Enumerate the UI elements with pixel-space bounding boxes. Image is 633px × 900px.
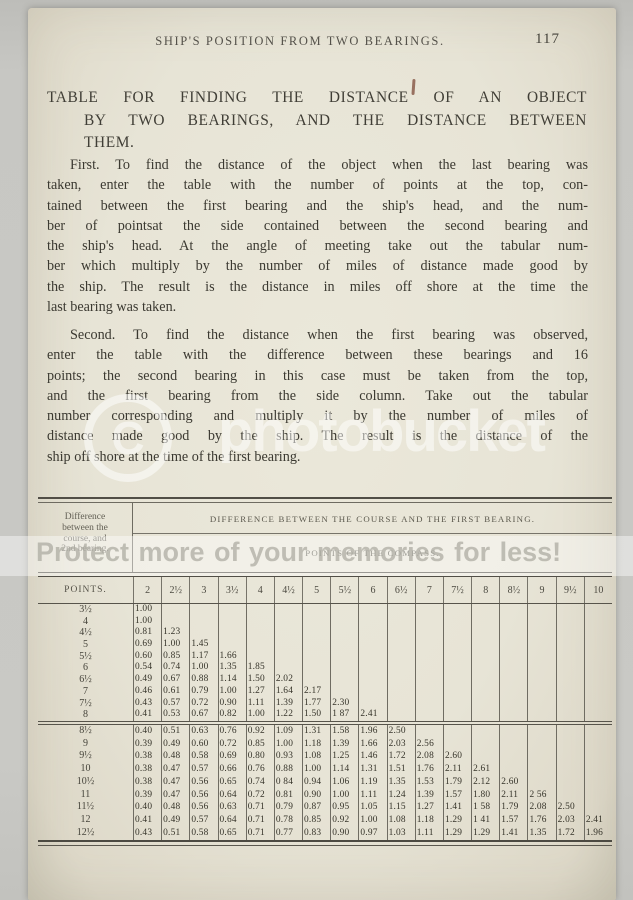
table-cell: 0.92 bbox=[330, 814, 358, 827]
table-cell: 0.65 bbox=[218, 776, 246, 789]
table-cell: 0.66 bbox=[218, 763, 246, 776]
watermark-tagline: Protect more of your memories for less! bbox=[36, 537, 561, 568]
table-cell: 0.90 bbox=[330, 827, 358, 840]
table-cell: 1.39 bbox=[274, 698, 302, 710]
table-cell bbox=[527, 709, 555, 721]
table-cell: 0.40 bbox=[133, 725, 161, 738]
table-cell: 0.38 bbox=[133, 763, 161, 776]
column-header: 4½ bbox=[274, 577, 302, 603]
table-cell bbox=[584, 801, 612, 814]
table-cell: 0.63 bbox=[189, 725, 217, 738]
table-cell bbox=[302, 627, 330, 639]
table-cell bbox=[415, 604, 443, 616]
table-cell bbox=[556, 674, 584, 686]
table-cell: 0.88 bbox=[189, 674, 217, 686]
table-cell: 1.29 bbox=[471, 827, 499, 840]
table-cell: 0.69 bbox=[133, 639, 161, 651]
table-body-upper: 3½1.0041.004½0.811.2350.691.001.455½0.60… bbox=[38, 604, 612, 722]
table-row: 6½0.490.670.881.141.502.02 bbox=[38, 674, 612, 686]
table-cell bbox=[415, 698, 443, 710]
table-row: 120.410.490.570.640.710.780.850.921.001.… bbox=[38, 814, 612, 827]
table-cell bbox=[415, 709, 443, 721]
table-cell bbox=[330, 616, 358, 628]
column-header: 6½ bbox=[387, 577, 415, 603]
table-cell bbox=[527, 750, 555, 763]
table-cell bbox=[471, 604, 499, 616]
column-header: 3 bbox=[189, 577, 217, 603]
table-row: 100.380.470.570.660.760.881.001.141.311.… bbox=[38, 763, 612, 776]
table-cell: 0.41 bbox=[133, 709, 161, 721]
table-cell: 1.00 bbox=[274, 738, 302, 751]
table-cell bbox=[556, 616, 584, 628]
row-label: 10½ bbox=[38, 776, 133, 789]
table-cell: 1.80 bbox=[471, 789, 499, 802]
table-cell: 0.76 bbox=[246, 763, 274, 776]
table-cell: 0.72 bbox=[246, 789, 274, 802]
table-cell bbox=[387, 627, 415, 639]
table-cell: 0.38 bbox=[133, 750, 161, 763]
table-cell: 0.46 bbox=[133, 686, 161, 698]
table-cell bbox=[358, 662, 386, 674]
table-cell bbox=[246, 604, 274, 616]
table-cell: 0.39 bbox=[133, 789, 161, 802]
table-cell: 1.35 bbox=[387, 776, 415, 789]
table-cell bbox=[443, 627, 471, 639]
paragraph-line: enter the table with the difference betw… bbox=[47, 345, 588, 365]
table-cell: 1.96 bbox=[584, 827, 612, 840]
table-cell bbox=[443, 662, 471, 674]
table-cell bbox=[302, 639, 330, 651]
table-row: 41.00 bbox=[38, 616, 612, 628]
table-cell bbox=[499, 750, 527, 763]
table-cell bbox=[471, 616, 499, 628]
table-cell: 0.87 bbox=[302, 801, 330, 814]
table-cell bbox=[527, 698, 555, 710]
table-cell: 1.39 bbox=[330, 738, 358, 751]
table-cell bbox=[527, 674, 555, 686]
table-cell: 2.12 bbox=[471, 776, 499, 789]
table-row: 10½0.380.470.560.650.740 840.941.061.191… bbox=[38, 776, 612, 789]
table-cell: 1.00 bbox=[246, 709, 274, 721]
table-cell: 0.67 bbox=[161, 674, 189, 686]
table-cell: 1.66 bbox=[358, 738, 386, 751]
table-cell bbox=[330, 686, 358, 698]
table-cell: 1.00 bbox=[218, 686, 246, 698]
table-cell: 2 56 bbox=[527, 789, 555, 802]
table-cell bbox=[274, 616, 302, 628]
table-row: 3½1.00 bbox=[38, 604, 612, 616]
table-cell bbox=[527, 763, 555, 776]
table-cell bbox=[499, 674, 527, 686]
table-cell: 1.76 bbox=[415, 763, 443, 776]
table-cell bbox=[415, 651, 443, 663]
table-cell: 0.57 bbox=[189, 814, 217, 827]
table-cell bbox=[274, 639, 302, 651]
table-row: 60.540.741.001.351.85 bbox=[38, 662, 612, 674]
table-cell bbox=[556, 604, 584, 616]
column-header: 2 bbox=[133, 577, 161, 603]
corner-line: Difference bbox=[38, 512, 132, 523]
points-header: POINTS. bbox=[38, 577, 133, 603]
table-cell: 1.41 bbox=[443, 801, 471, 814]
table-cell: 1.06 bbox=[330, 776, 358, 789]
table-cell: 1.31 bbox=[302, 725, 330, 738]
table-cell bbox=[443, 616, 471, 628]
table-cell: 2.17 bbox=[302, 686, 330, 698]
table-cell: 1.79 bbox=[443, 776, 471, 789]
table-cell bbox=[358, 627, 386, 639]
table-cell bbox=[387, 698, 415, 710]
watermark-copyright-icon: C bbox=[84, 394, 172, 482]
table-cell: 0.56 bbox=[189, 776, 217, 789]
running-header: SHIP'S POSITION FROM TWO BEARINGS. bbox=[88, 34, 512, 49]
row-label: 5 bbox=[38, 639, 133, 651]
table-cell: 0.90 bbox=[218, 698, 246, 710]
table-cell: 0.39 bbox=[133, 738, 161, 751]
table-cell bbox=[584, 616, 612, 628]
paragraph-line: taken, enter the table with the number o… bbox=[47, 175, 588, 195]
table-cell: 0.56 bbox=[189, 801, 217, 814]
table-cell bbox=[584, 776, 612, 789]
row-label: 6½ bbox=[38, 674, 133, 686]
table-cell bbox=[499, 698, 527, 710]
table-cell bbox=[499, 763, 527, 776]
table-cell bbox=[387, 639, 415, 651]
table-row: 110.390.470.560.640.720.810.901.001.111.… bbox=[38, 789, 612, 802]
table-cell bbox=[358, 686, 386, 698]
table-cell: 0.85 bbox=[246, 738, 274, 751]
row-label: 7½ bbox=[38, 698, 133, 710]
table-cell: 1.79 bbox=[499, 801, 527, 814]
table-cell bbox=[415, 725, 443, 738]
table-cell bbox=[584, 789, 612, 802]
table-cell: 1.58 bbox=[330, 725, 358, 738]
table-cell: 1.11 bbox=[246, 698, 274, 710]
table-cell bbox=[556, 627, 584, 639]
table-cell bbox=[443, 651, 471, 663]
table-cell bbox=[246, 616, 274, 628]
table-cell bbox=[330, 627, 358, 639]
table-cell bbox=[274, 651, 302, 663]
table-cell bbox=[387, 686, 415, 698]
table-cell: 0.95 bbox=[330, 801, 358, 814]
table-cell bbox=[499, 616, 527, 628]
table-cell: 1 41 bbox=[471, 814, 499, 827]
table-cell bbox=[302, 674, 330, 686]
scanned-photo: SHIP'S POSITION FROM TWO BEARINGS. 117 T… bbox=[0, 0, 633, 900]
table-cell: 2.60 bbox=[499, 776, 527, 789]
table-cell: 0.58 bbox=[189, 827, 217, 840]
column-header: 7½ bbox=[443, 577, 471, 603]
row-label: 12 bbox=[38, 814, 133, 827]
row-label: 6 bbox=[38, 662, 133, 674]
table-cell bbox=[584, 698, 612, 710]
column-header: 9½ bbox=[556, 577, 584, 603]
table-cell bbox=[556, 709, 584, 721]
watermark-copyright-letter: C bbox=[111, 415, 144, 461]
table-cell: 1.72 bbox=[556, 827, 584, 840]
table-cell: 0.80 bbox=[246, 750, 274, 763]
table-row: 7½0.430.570.720.901.111.391.772.30 bbox=[38, 698, 612, 710]
table-cell bbox=[527, 627, 555, 639]
paragraph-line: ber which multiply by the number of mile… bbox=[47, 256, 588, 276]
table-cell: 0.92 bbox=[246, 725, 274, 738]
table-cell: 0.88 bbox=[274, 763, 302, 776]
table-cell: 1.11 bbox=[415, 827, 443, 840]
table-cell bbox=[330, 639, 358, 651]
table-cell bbox=[584, 725, 612, 738]
table-cell: 1.05 bbox=[358, 801, 386, 814]
table-cell bbox=[358, 604, 386, 616]
table-cell: 1.08 bbox=[302, 750, 330, 763]
table-cell: 1.18 bbox=[415, 814, 443, 827]
table-cell bbox=[556, 651, 584, 663]
table-row: 8½0.400.510.630.760.921.091.311.581.962.… bbox=[38, 725, 612, 738]
table-cell bbox=[443, 686, 471, 698]
table-cell bbox=[584, 750, 612, 763]
table-cell bbox=[499, 604, 527, 616]
table-cell bbox=[189, 604, 217, 616]
table-cell: 1.00 bbox=[302, 763, 330, 776]
table-cell bbox=[246, 627, 274, 639]
table-cell: 1.00 bbox=[189, 662, 217, 674]
table-cell bbox=[499, 725, 527, 738]
table-cell bbox=[584, 686, 612, 698]
table-cell bbox=[499, 651, 527, 663]
table-cell bbox=[556, 738, 584, 751]
table-cell bbox=[302, 662, 330, 674]
chapter-title: TABLE FOR FINDING THE DISTANCE OF AN OBJ… bbox=[47, 87, 587, 155]
table-cell: 0.79 bbox=[274, 801, 302, 814]
table-cell bbox=[387, 604, 415, 616]
table-cell bbox=[556, 789, 584, 802]
table-row: 4½0.811.23 bbox=[38, 627, 612, 639]
table-cell bbox=[527, 738, 555, 751]
table-cell: 0.56 bbox=[189, 789, 217, 802]
table-cell: 2.41 bbox=[358, 709, 386, 721]
table-cell: 1.27 bbox=[415, 801, 443, 814]
table-row: 9½0.380.480.580.690.800.931.081.251.461.… bbox=[38, 750, 612, 763]
table-cell: 2.61 bbox=[471, 763, 499, 776]
table-cell: 1.24 bbox=[387, 789, 415, 802]
paragraph-line: points; the second bearing in this case … bbox=[47, 366, 588, 386]
table-cell bbox=[415, 686, 443, 698]
table-cell bbox=[471, 662, 499, 674]
table-cell bbox=[499, 639, 527, 651]
table-cell: 0.48 bbox=[161, 750, 189, 763]
table-cell bbox=[358, 651, 386, 663]
table-cell: 0.72 bbox=[189, 698, 217, 710]
table-cell: 0.78 bbox=[274, 814, 302, 827]
table-cell bbox=[415, 616, 443, 628]
table-cell: 0.49 bbox=[161, 814, 189, 827]
table-cell: 2.02 bbox=[274, 674, 302, 686]
table-cell: 1 58 bbox=[471, 801, 499, 814]
table-cell: 0.49 bbox=[161, 738, 189, 751]
table-cell: 2.08 bbox=[415, 750, 443, 763]
table-cell bbox=[387, 709, 415, 721]
column-header: 5½ bbox=[330, 577, 358, 603]
table-row: 80.410.530.670.821.001.221.501 872.41 bbox=[38, 709, 612, 721]
table-cell: 0.49 bbox=[133, 674, 161, 686]
row-label: 8½ bbox=[38, 725, 133, 738]
table-cell: 1.29 bbox=[443, 814, 471, 827]
paragraph-line: the ship's head. At the angle of meeting… bbox=[47, 236, 588, 256]
table-cell: 1.45 bbox=[189, 639, 217, 651]
table-cell bbox=[584, 627, 612, 639]
table-cell bbox=[499, 709, 527, 721]
table-cell bbox=[499, 686, 527, 698]
table-cell bbox=[471, 709, 499, 721]
table-cell: 1.72 bbox=[387, 750, 415, 763]
table-cell: 1.27 bbox=[246, 686, 274, 698]
table-column-headers: POINTS.22½33½44½55½66½77½88½99½10 bbox=[38, 577, 612, 604]
table-cell bbox=[527, 686, 555, 698]
table-cell bbox=[584, 651, 612, 663]
table-cell bbox=[415, 674, 443, 686]
table-cell bbox=[330, 651, 358, 663]
column-header: 6 bbox=[358, 577, 386, 603]
table-cell: 0.90 bbox=[302, 789, 330, 802]
column-header: 4 bbox=[246, 577, 274, 603]
table-cell bbox=[387, 674, 415, 686]
table-cell bbox=[415, 662, 443, 674]
table-cell: 1.25 bbox=[330, 750, 358, 763]
table-cell bbox=[387, 651, 415, 663]
paragraph-line: Second. To find the distance when the fi… bbox=[47, 325, 588, 345]
table-cell bbox=[358, 698, 386, 710]
table-body-lower: 8½0.400.510.630.760.921.091.311.581.962.… bbox=[38, 724, 612, 842]
table-cell bbox=[556, 763, 584, 776]
table-cell bbox=[443, 725, 471, 738]
table-cell: 0.61 bbox=[161, 686, 189, 698]
table-cell: 0 84 bbox=[274, 776, 302, 789]
table-cell: 0.71 bbox=[246, 827, 274, 840]
table-cell bbox=[471, 738, 499, 751]
table-cell bbox=[415, 627, 443, 639]
table-cell: 1.76 bbox=[527, 814, 555, 827]
table-cell bbox=[499, 627, 527, 639]
table-cell bbox=[302, 651, 330, 663]
row-label: 3½ bbox=[38, 604, 133, 616]
table-cell bbox=[471, 698, 499, 710]
table-cell: 0.47 bbox=[161, 789, 189, 802]
table-cell bbox=[584, 709, 612, 721]
table-cell bbox=[471, 639, 499, 651]
paragraph-line: ber of pointsat the side contained betwe… bbox=[47, 216, 588, 236]
table-cell bbox=[330, 674, 358, 686]
table-cell: 1.46 bbox=[358, 750, 386, 763]
table-cell: 0.60 bbox=[189, 738, 217, 751]
table-cell: 0.72 bbox=[218, 738, 246, 751]
running-header-title: SHIP'S POSITION FROM TWO BEARINGS. bbox=[155, 34, 444, 48]
table-cell: 1.39 bbox=[415, 789, 443, 802]
table-cell: 1.09 bbox=[274, 725, 302, 738]
row-label: 7 bbox=[38, 686, 133, 698]
table-cell: 0.93 bbox=[274, 750, 302, 763]
table-cell bbox=[471, 651, 499, 663]
table-cell: 1.96 bbox=[358, 725, 386, 738]
table-cell: 2.50 bbox=[556, 801, 584, 814]
table-cell bbox=[443, 639, 471, 651]
table-cell bbox=[556, 662, 584, 674]
table-cell: 1.57 bbox=[499, 814, 527, 827]
table-cell bbox=[471, 725, 499, 738]
table-cell: 1.11 bbox=[358, 789, 386, 802]
row-label: 4 bbox=[38, 616, 133, 628]
table-cell bbox=[471, 750, 499, 763]
table-cell bbox=[584, 639, 612, 651]
table-cell bbox=[330, 604, 358, 616]
table-cell bbox=[387, 662, 415, 674]
title-line: TABLE FOR FINDING THE DISTANCE OF AN OBJ… bbox=[47, 87, 587, 110]
paragraph-line: the ship. The result is the distance in … bbox=[47, 277, 588, 297]
table-cell bbox=[302, 616, 330, 628]
table-cell: 1.00 bbox=[133, 616, 161, 628]
table-cell: 0.64 bbox=[218, 814, 246, 827]
paragraph-line: last bearing was taken. bbox=[47, 297, 588, 317]
table-cell: 1.14 bbox=[330, 763, 358, 776]
table-cell bbox=[584, 662, 612, 674]
table-cell bbox=[443, 698, 471, 710]
watermark-brand: photobucket bbox=[218, 398, 544, 465]
table-cell: 0.97 bbox=[358, 827, 386, 840]
table-cell bbox=[527, 725, 555, 738]
table-cell: 0.47 bbox=[161, 763, 189, 776]
table-cell: 1.35 bbox=[218, 662, 246, 674]
table-cell: 1.50 bbox=[246, 674, 274, 686]
table-cell: 0.40 bbox=[133, 801, 161, 814]
table-cell: 0.85 bbox=[161, 651, 189, 663]
table-cell: 1.00 bbox=[330, 789, 358, 802]
table-cell: 2.56 bbox=[415, 738, 443, 751]
table-cell: 1.31 bbox=[358, 763, 386, 776]
table-cell: 0.41 bbox=[133, 814, 161, 827]
table-cell: 0.82 bbox=[218, 709, 246, 721]
table-cell: 2.03 bbox=[387, 738, 415, 751]
table-cell: 1.29 bbox=[443, 827, 471, 840]
row-label: 12½ bbox=[38, 827, 133, 840]
table-cell bbox=[161, 604, 189, 616]
table-cell bbox=[443, 709, 471, 721]
table-cell bbox=[527, 651, 555, 663]
table-cell bbox=[218, 604, 246, 616]
table-cell: 0.48 bbox=[161, 801, 189, 814]
table-cell: 0.81 bbox=[133, 627, 161, 639]
table-cell: 1.00 bbox=[161, 639, 189, 651]
table-cell: 0.60 bbox=[133, 651, 161, 663]
table-cell: 1.53 bbox=[415, 776, 443, 789]
table-cell bbox=[387, 616, 415, 628]
table-row: 90.390.490.600.720.851.001.181.391.662.0… bbox=[38, 738, 612, 751]
table-cell: 0.57 bbox=[189, 763, 217, 776]
table-cell bbox=[274, 627, 302, 639]
table-cell: 0.74 bbox=[161, 662, 189, 674]
table-row: 50.691.001.45 bbox=[38, 639, 612, 651]
table-cell bbox=[527, 616, 555, 628]
table-cell bbox=[527, 639, 555, 651]
table-cell: 0.67 bbox=[189, 709, 217, 721]
table-cell bbox=[302, 604, 330, 616]
page-number: 117 bbox=[535, 31, 560, 48]
table-cell: 1.35 bbox=[527, 827, 555, 840]
table-cell: 0.85 bbox=[302, 814, 330, 827]
table-cell: 0.65 bbox=[218, 827, 246, 840]
table-cell: 0.51 bbox=[161, 725, 189, 738]
table-row: 12½0.430.510.580.650.710.770.830.900.971… bbox=[38, 827, 612, 840]
column-header: 10 bbox=[584, 577, 612, 603]
table-cell: 2.11 bbox=[499, 789, 527, 802]
